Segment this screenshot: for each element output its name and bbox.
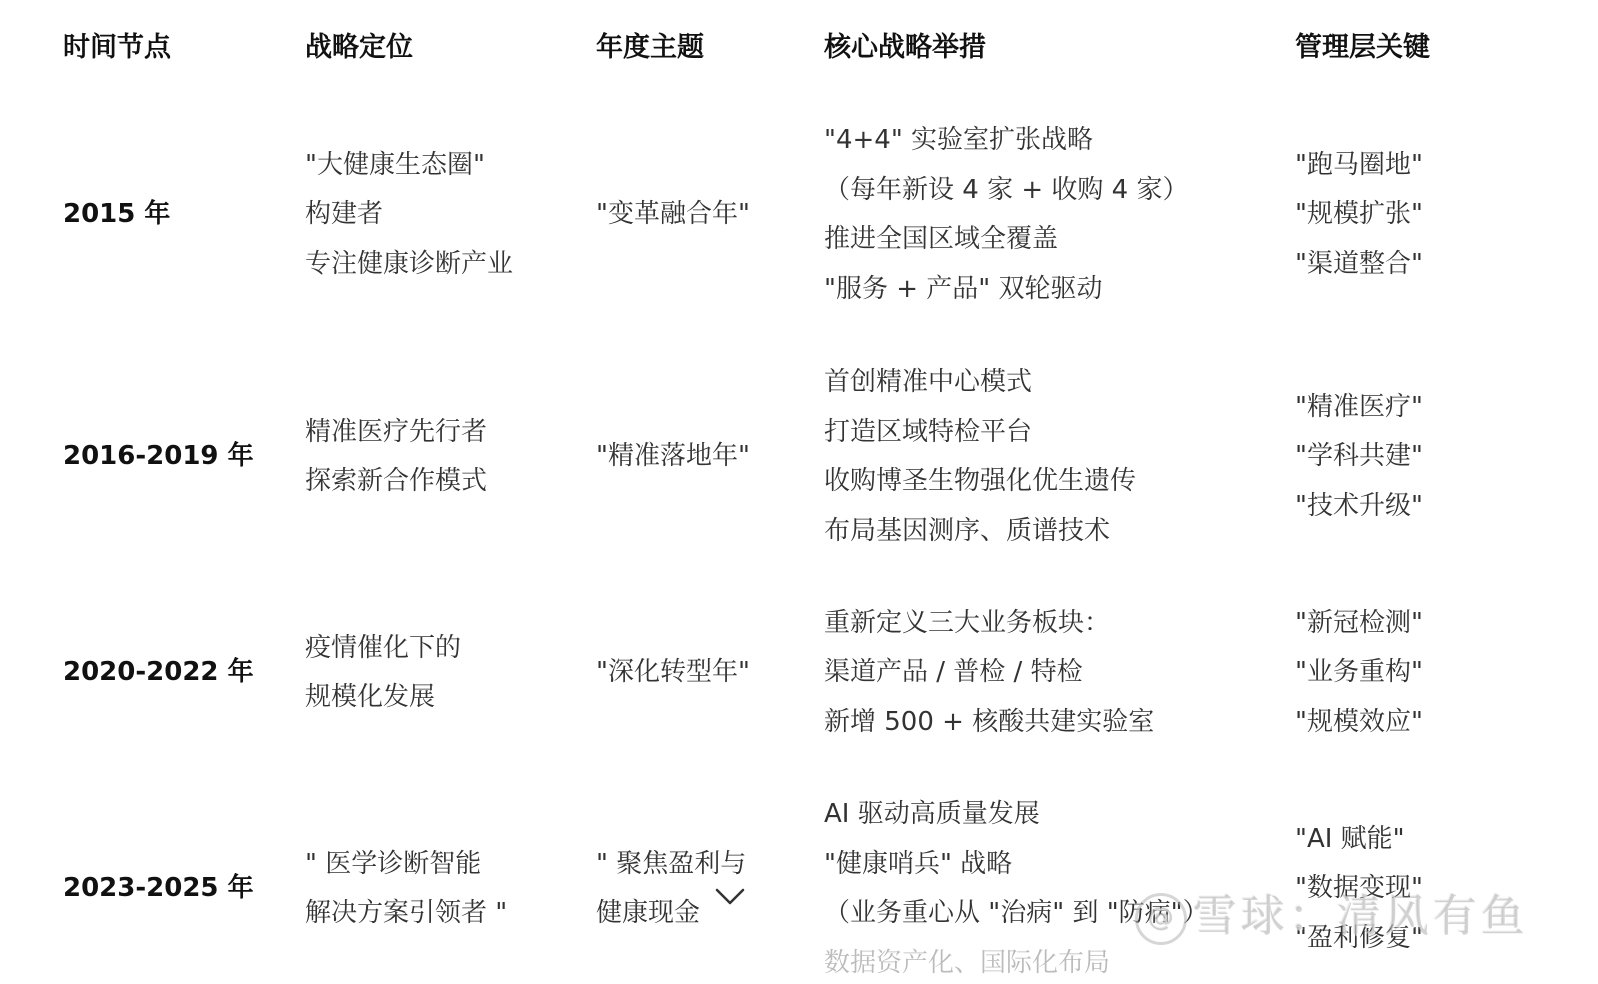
positioning-line: " 医学诊断智能: [305, 840, 507, 890]
initiative-line: 打造区域特检平台: [824, 408, 1136, 458]
positioning-cell: "大健康生态圈" 构建者 专注健康诊断产业: [305, 116, 513, 314]
positioning-cell: 精准医疗先行者 探索新合作模式: [305, 358, 487, 556]
header-core-initiatives: 核心战略举措: [824, 28, 986, 68]
keywords-cell: "跑马圈地" "规模扩张" "渠道整合": [1295, 116, 1435, 314]
keyword-line: "新冠检测": [1295, 599, 1435, 649]
initiative-line: 新增 500 + 核酸共建实验室: [824, 698, 1154, 748]
initiatives-cell: 重新定义三大业务板块： 渠道产品 / 普检 / 特检 新增 500 + 核酸共建…: [824, 598, 1154, 748]
initiative-line: 数据资产化、国际化布局: [824, 939, 1209, 984]
period-cell: 2015 年: [63, 116, 170, 314]
table-row: 2023-2025 年 " 医学诊断智能 解决方案引领者 " " 聚焦盈利与 健…: [0, 790, 1598, 984]
keyword-line: "规模扩张": [1295, 190, 1435, 240]
table-row: 2016-2019 年 精准医疗先行者 探索新合作模式 "精准落地年" 首创精准…: [0, 358, 1598, 556]
initiatives-cell: 首创精准中心模式 打造区域特检平台 收购博圣生物强化优生遗传 布局基因测序、质谱…: [824, 358, 1136, 556]
positioning-cell: 疫情催化下的 规模化发展: [305, 598, 461, 748]
chevron-down-icon: [714, 885, 746, 909]
keyword-line: "盈利修复": [1295, 914, 1435, 964]
strategy-table-page: 时间节点 战略定位 年度主题 核心战略举措 管理层关键 2015 年 "大健康生…: [0, 0, 1598, 984]
initiative-line: 收购博圣生物强化优生遗传: [824, 457, 1136, 507]
positioning-line: 规模化发展: [305, 673, 461, 723]
keyword-line: "渠道整合": [1295, 240, 1435, 290]
theme-cell: "深化转型年": [596, 598, 750, 748]
period-cell: 2020-2022 年: [63, 598, 254, 748]
expand-button[interactable]: [714, 885, 746, 909]
theme-line: "变革融合年": [596, 190, 750, 240]
table-header: 时间节点 战略定位 年度主题 核心战略举措 管理层关键: [0, 0, 1598, 100]
keyword-line: "技术升级": [1295, 482, 1435, 532]
theme-cell: "变革融合年": [596, 116, 750, 314]
table-row: 2015 年 "大健康生态圈" 构建者 专注健康诊断产业 "变革融合年" "4+…: [0, 116, 1598, 314]
initiative-line: "健康哨兵" 战略: [824, 840, 1209, 890]
period-label: 2015 年: [63, 190, 170, 240]
keyword-line: "学科共建": [1295, 432, 1435, 482]
period-cell: 2016-2019 年: [63, 358, 254, 556]
positioning-line: 构建者: [305, 190, 513, 240]
initiative-line: "4+4" 实验室扩张战略: [824, 116, 1188, 166]
header-management-keywords: 管理层关键: [1295, 28, 1433, 68]
positioning-cell: " 医学诊断智能 解决方案引领者 ": [305, 790, 507, 984]
positioning-line: 探索新合作模式: [305, 457, 487, 507]
initiative-line: "服务 + 产品" 双轮驱动: [824, 265, 1188, 315]
initiative-line: （每年新设 4 家 + 收购 4 家）: [824, 166, 1188, 216]
initiative-line: 重新定义三大业务板块：: [824, 599, 1154, 649]
keyword-line: "AI 赋能": [1295, 815, 1435, 865]
period-cell: 2023-2025 年: [63, 790, 254, 984]
theme-line: "精准落地年": [596, 432, 750, 482]
initiative-line: 布局基因测序、质谱技术: [824, 507, 1136, 557]
keyword-line: "数据变现": [1295, 864, 1435, 914]
positioning-line: 疫情催化下的: [305, 624, 461, 674]
positioning-line: 专注健康诊断产业: [305, 240, 513, 290]
keywords-cell: "精准医疗" "学科共建" "技术升级": [1295, 358, 1435, 556]
header-annual-theme: 年度主题: [596, 28, 704, 68]
initiatives-cell: AI 驱动高质量发展 "健康哨兵" 战略 （业务重心从 "治病" 到 "防病"）…: [824, 790, 1209, 984]
header-strategic-positioning: 战略定位: [305, 28, 413, 68]
theme-line: " 聚焦盈利与: [596, 840, 756, 890]
positioning-line: 解决方案引领者 ": [305, 889, 507, 939]
table-row: 2020-2022 年 疫情催化下的 规模化发展 "深化转型年" 重新定义三大业…: [0, 598, 1598, 748]
period-label: 2023-2025 年: [63, 864, 254, 914]
period-label: 2020-2022 年: [63, 648, 254, 698]
positioning-line: "大健康生态圈": [305, 141, 513, 191]
initiative-line: （业务重心从 "治病" 到 "防病"）: [824, 889, 1209, 939]
keyword-line: "规模效应": [1295, 698, 1435, 748]
keyword-line: "跑马圈地": [1295, 141, 1435, 191]
initiatives-cell: "4+4" 实验室扩张战略 （每年新设 4 家 + 收购 4 家） 推进全国区域…: [824, 116, 1188, 314]
initiative-line: 渠道产品 / 普检 / 特检: [824, 648, 1154, 698]
theme-line: "深化转型年": [596, 648, 750, 698]
keyword-line: "业务重构": [1295, 648, 1435, 698]
period-label: 2016-2019 年: [63, 432, 254, 482]
keywords-cell: "AI 赋能" "数据变现" "盈利修复": [1295, 790, 1435, 984]
header-time-node: 时间节点: [63, 28, 171, 68]
positioning-line: 精准医疗先行者: [305, 408, 487, 458]
keyword-line: "精准医疗": [1295, 383, 1435, 433]
theme-cell: "精准落地年": [596, 358, 750, 556]
initiative-line: 推进全国区域全覆盖: [824, 215, 1188, 265]
initiative-line: AI 驱动高质量发展: [824, 790, 1209, 840]
initiative-line: 首创精准中心模式: [824, 358, 1136, 408]
keywords-cell: "新冠检测" "业务重构" "规模效应": [1295, 598, 1435, 748]
